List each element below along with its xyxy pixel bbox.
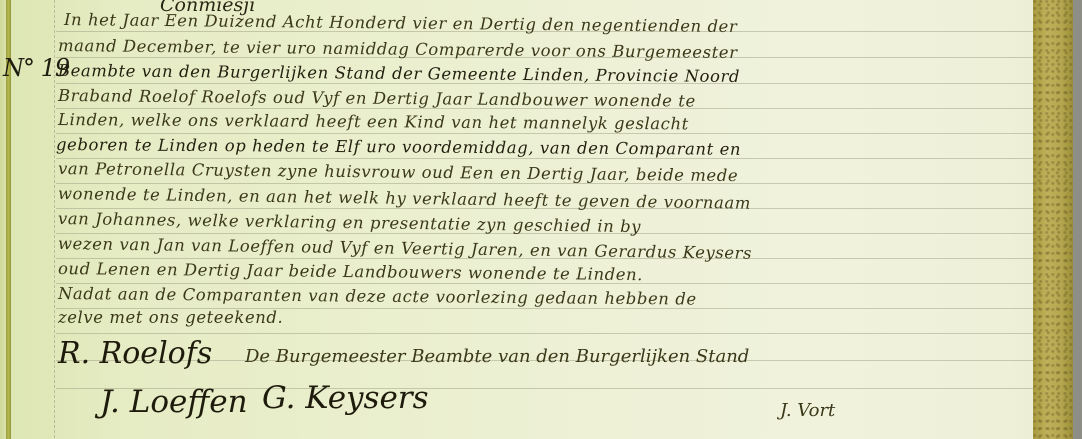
- text-line-5: Linden, welke ons verklaard heeft een Ki…: [58, 110, 689, 133]
- background-edge: [1073, 0, 1082, 439]
- text-line-13: zelve met ons geteekend.: [58, 308, 283, 327]
- text-line-4: Braband Roelof Roelofs oud Vyf en Dertig…: [58, 86, 696, 111]
- ruled-line: [56, 183, 1033, 184]
- ruled-line: [56, 133, 1033, 134]
- ruled-line: [56, 158, 1033, 159]
- signature-declarant: R. Roelofs: [58, 336, 212, 371]
- text-line-7: van Petronella Cruysten zyne huisvrouw o…: [58, 159, 738, 185]
- ruled-line: [56, 283, 1033, 284]
- text-line-2: maand December, te vier uro namiddag Com…: [58, 36, 738, 62]
- manuscript-page: N° 19 Conmiesji In het Jaar Een Duizend …: [0, 0, 1082, 439]
- official-title-line: De Burgemeester Beambte van den Burgerli…: [245, 346, 749, 367]
- page-edge: [1033, 0, 1073, 439]
- text-line-1: In het Jaar Een Duizend Acht Honderd vie…: [64, 10, 738, 36]
- signature-witness-2: G. Keysers: [262, 380, 429, 416]
- text-line-11: oud Lenen en Dertig Jaar beide Landbouwe…: [58, 259, 643, 284]
- text-line-12: Nadat aan de Comparanten van deze acte v…: [58, 284, 697, 309]
- signature-official: J. Vort: [780, 400, 835, 421]
- text-line-6: geboren te Linden op heden te Elf uro vo…: [56, 135, 741, 159]
- signature-witness-1: J. Loeffen: [100, 384, 248, 420]
- ruled-line: [56, 333, 1033, 334]
